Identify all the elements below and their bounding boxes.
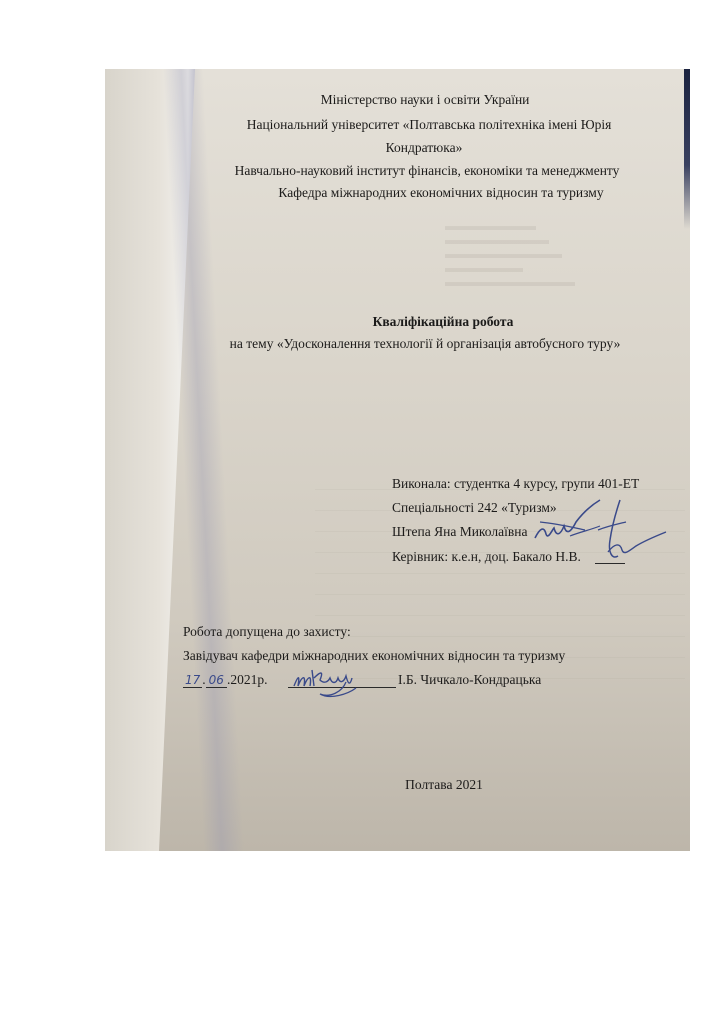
date-year: 2021р. xyxy=(230,672,267,687)
ministry-line: Міністерство науки і освіти України xyxy=(321,92,530,108)
university-line-2: Кондратюка» xyxy=(386,140,463,156)
supervisor-signature xyxy=(590,500,670,570)
institute-line: Навчально-науковий інститут фінансів, ек… xyxy=(235,163,620,179)
supervisor-line: Керівник: к.е.н, доц. Бакало Н.В. xyxy=(392,549,581,565)
author-line-1: Виконала: студентка 4 курсу, групи 401-Е… xyxy=(392,476,639,492)
department-line: Кафедра міжнародних економічних відносин… xyxy=(278,185,603,201)
approval-date-row: 17.06.2021р. xyxy=(183,672,267,688)
date-month: 06 xyxy=(206,673,227,688)
approval-line-2: Завідувач кафедри міжнародних економічни… xyxy=(183,648,565,664)
work-topic: на тему «Удосконалення технології й орга… xyxy=(230,336,621,352)
university-line-1: Національний університет «Полтавська пол… xyxy=(247,117,612,133)
approval-line-1: Робота допущена до захисту: xyxy=(183,624,351,640)
document-canvas: ▬▬▬▬▬▬▬▬▬▬▬▬▬▬▬▬▬▬▬▬▬▬▬▬▬▬▬▬▬▬▬▬▬▬▬▬▬▬▬▬… xyxy=(0,0,724,1024)
work-title: Кваліфікаційна робота xyxy=(373,314,514,330)
date-day: 17 xyxy=(183,673,202,688)
head-signature xyxy=(290,664,380,704)
author-line-3: Штепа Яна Миколаївна xyxy=(392,524,527,540)
show-through-text: ▬▬▬▬▬▬▬▬▬▬▬▬▬▬▬▬▬▬▬▬▬▬▬▬▬▬▬▬▬▬▬▬▬▬▬▬▬▬▬▬ xyxy=(445,219,645,289)
department-head-name: І.Б. Чичкало-Кондрацька xyxy=(398,672,541,688)
city-year: Полтава 2021 xyxy=(405,777,483,793)
supervisor-signature-line xyxy=(595,563,625,564)
right-edge-shadow xyxy=(684,69,690,229)
